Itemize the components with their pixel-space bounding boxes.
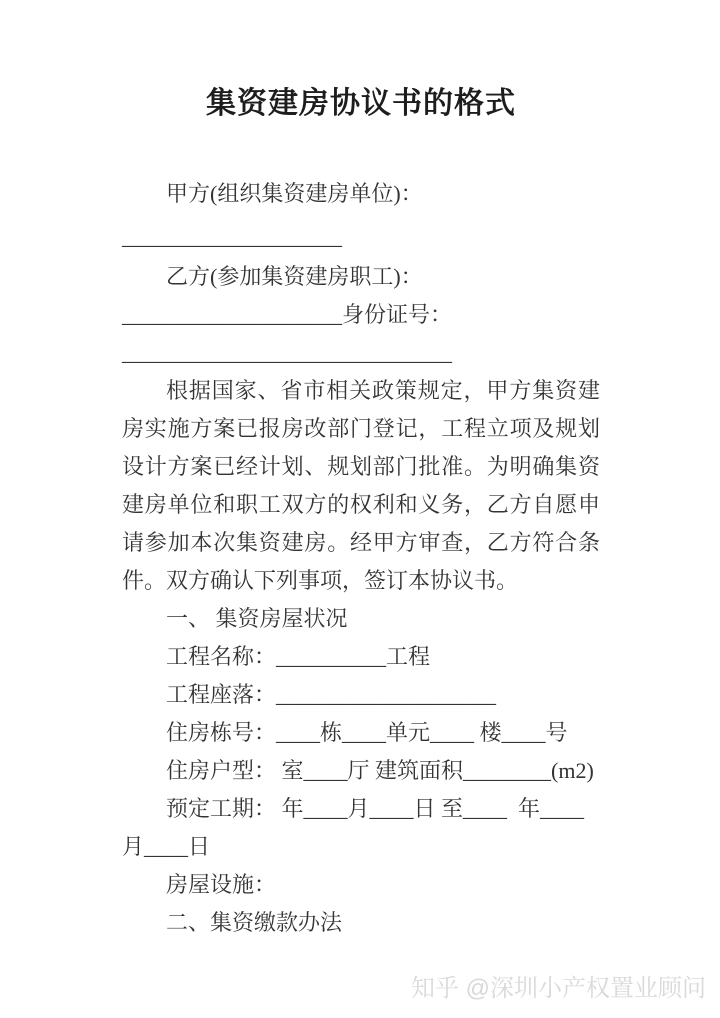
watermark: 知乎 @深圳小产权置业顾问 bbox=[411, 968, 706, 1003]
document-page: 集资建房协议书的格式 甲方(组织集资建房单位)： _______________… bbox=[0, 0, 720, 1018]
field-project-location: 工程座落：____________________ bbox=[122, 676, 600, 714]
field-house-building-no: 住房栋号：____栋____单元____ 楼____号 bbox=[122, 714, 600, 752]
party-a-blank-line: ____________________ bbox=[122, 218, 600, 256]
party-b-label: 乙方(参加集资建房职工)： bbox=[122, 258, 600, 296]
field-planned-period-continuation: 月____日 bbox=[122, 828, 600, 866]
field-project-name: 工程名称：__________工程 bbox=[122, 638, 600, 676]
field-planned-period: 预定工期： 年____月____日 至____ 年____ bbox=[122, 790, 600, 828]
section-1-heading: 一、 集资房屋状况 bbox=[122, 600, 600, 638]
id-number-line: ____________________身份证号： bbox=[122, 296, 600, 334]
document-content: 集资建房协议书的格式 甲方(组织集资建房单位)： _______________… bbox=[122, 0, 600, 942]
section-2-heading: 二、集资缴款办法 bbox=[122, 904, 600, 942]
field-house-type: 住房户型： 室____厅 建筑面积________(m2) bbox=[122, 752, 600, 790]
document-title: 集资建房协议书的格式 bbox=[122, 85, 600, 123]
intro-paragraph: 根据国家、省市相关政策规定，甲方集资建房实施方案已报房改部门登记，工程立项及规划… bbox=[122, 372, 600, 600]
party-b-blank-line: ______________________________ bbox=[122, 334, 600, 372]
field-house-facilities: 房屋设施： bbox=[122, 866, 600, 904]
party-a-label: 甲方(组织集资建房单位)： bbox=[122, 175, 600, 213]
